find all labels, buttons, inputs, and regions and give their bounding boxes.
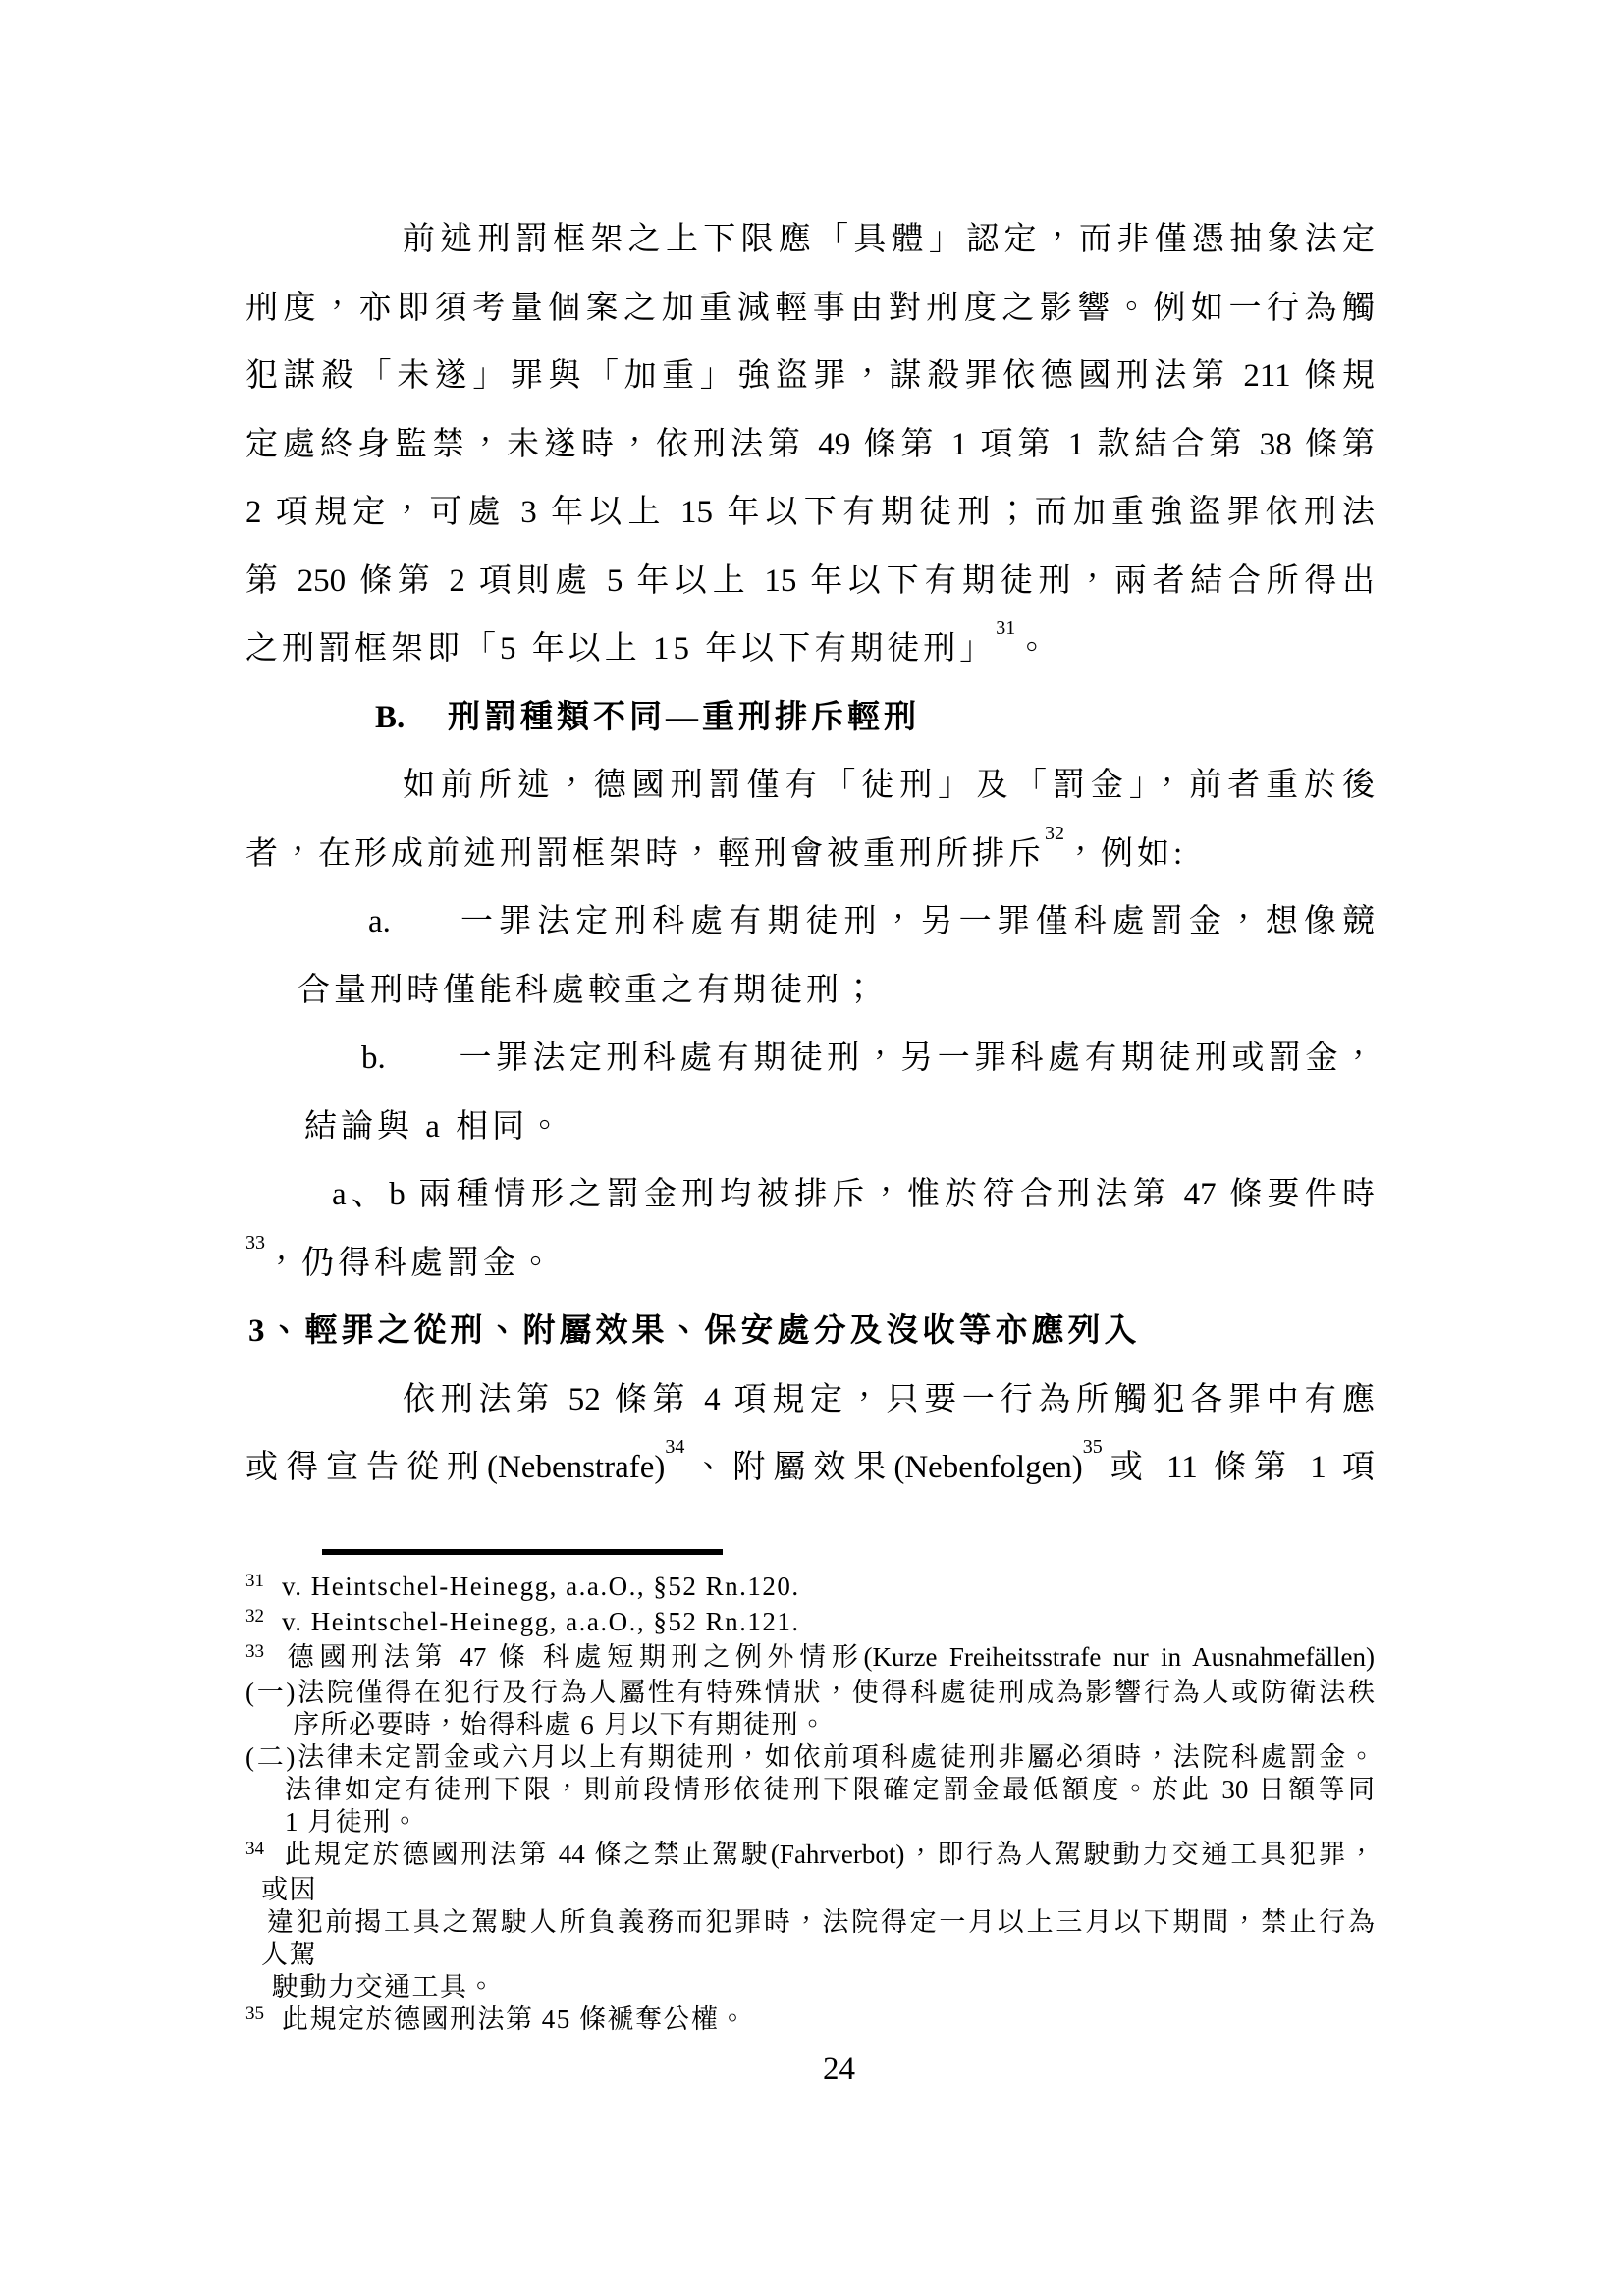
footnote-31: 31v. Heintschel-Heinegg, a.a.O., §52 Rn.…: [245, 1571, 1375, 1606]
footnote-separator: [322, 1549, 723, 1555]
body-line: 者，在形成前述刑罰框架時，輕刑會被重刑所排斥32，例如:: [245, 821, 1375, 889]
body-text-segment: 者，在形成前述刑罰框架時，輕刑會被重刑所排斥: [245, 836, 1045, 872]
footnote-33: 33德國刑法第 47 條 科處短期刑之例外情形(Kurze Freiheitss…: [245, 1641, 1375, 1677]
footnote-34-line: 或因: [245, 1874, 1375, 1906]
footnote-number: 31: [245, 1565, 282, 1597]
footnote-ref-32: 32: [1045, 823, 1064, 844]
body-line: 前述刑罰框架之上下限應「具體」認定，而非僅憑抽象法定: [245, 206, 1375, 275]
body-line: 33，仍得科處罰金。: [245, 1230, 1375, 1299]
body-text-segment: 之刑罰框架即「5 年以上 15 年以下有期徒刑」: [245, 631, 996, 667]
list-item-a-continuation: 合量刑時僅能科處較重之有期徒刑；: [245, 957, 1375, 1026]
list-item-a: a.一罪法定刑科處有期徒刑，另一罪僅科處罰金，想像競: [245, 888, 1375, 957]
body-line: 之刑罰框架即「5 年以上 15 年以下有期徒刑」31。: [245, 615, 1375, 684]
footnote-33-line: 1 月徒刑。: [245, 1806, 1375, 1839]
section-heading-b: B.刑罰種類不同—重刑排斥輕刑: [245, 684, 1375, 753]
body-line: 或得宣告從刑(Nebenstrafe)34、附屬效果(Nebenfolgen)3…: [245, 1434, 1375, 1503]
body-line: a、b 兩種情形之罰金刑均被排斥，惟於符合刑法第 47 條要件時: [245, 1161, 1375, 1230]
body-text-segment: 或得宣告從刑(Nebenstrafe): [245, 1450, 665, 1485]
footnote-33-line: 序所必要時，始得科處 6 月以下有期徒刑。: [245, 1709, 1375, 1741]
body-text-segment: 、附屬效果(Nebenfolgen): [684, 1450, 1082, 1485]
footnote-33-line: (二)法律未定罰金或六月以上有期徒刑，如依前項科處徒刑非屬必須時，法院科處罰金。: [245, 1741, 1375, 1774]
footnote-text: v. Heintschel-Heinegg, a.a.O., §52 Rn.12…: [282, 1607, 800, 1636]
footnote-text: 此規定於德國刑法第 45 條褫奪公權。: [282, 2004, 747, 2034]
footnote-ref-33: 33: [245, 1232, 265, 1254]
footnote-34-line: 違犯前揭工具之駕駛人所負義務而犯罪時，法院得定一月以上三月以下期間，禁止行為: [245, 1906, 1375, 1939]
page-number: 24: [823, 2052, 855, 2088]
footnote-32: 32v. Heintschel-Heinegg, a.a.O., §52 Rn.…: [245, 1606, 1375, 1641]
body-line: 2 項規定，可處 3 年以上 15 年以下有期徒刑；而加重強盜罪依刑法: [245, 479, 1375, 548]
footnotes: 31v. Heintschel-Heinegg, a.a.O., §52 Rn.…: [245, 1571, 1375, 2039]
list-item-b-marker: b.: [361, 1025, 455, 1094]
list-item-a-marker: a.: [368, 888, 455, 957]
body-text-segment: ，例如:: [1064, 836, 1186, 872]
body-text-segment: 。: [1015, 631, 1052, 667]
footnote-text: 德國刑法第 47 條 科處短期刑之例外情形(Kurze Freiheitsstr…: [282, 1642, 1375, 1672]
body-line: 犯謀殺「未遂」罪與「加重」強盜罪，謀殺罪依德國刑法第 211 條規: [245, 343, 1375, 411]
document-page: 前述刑罰框架之上下限應「具體」認定，而非僅憑抽象法定 刑度，亦即須考量個案之加重…: [0, 0, 1624, 2296]
body-line: 依刑法第 52 條第 4 項規定，只要一行為所觸犯各罪中有應: [245, 1366, 1375, 1435]
footnote-33-line: 法律如定有徒刑下限，則前段情形依徒刑下限確定罰金最低額度。於此 30 日額等同: [245, 1774, 1375, 1806]
body-text-segment: 或 11 條第 1 項: [1103, 1450, 1375, 1485]
section-heading-3: 3、輕罪之從刑、附屬效果、保安處分及沒收等亦應列入: [245, 1298, 1375, 1366]
footnote-33-line: (一)法院僅得在犯行及行為人屬性有特殊情狀，使得科處徒刑成為影響行為人或防衛法秩: [245, 1677, 1375, 1709]
body-text: 前述刑罰框架之上下限應「具體」認定，而非僅憑抽象法定 刑度，亦即須考量個案之加重…: [245, 206, 1375, 1503]
footnote-number: 34: [245, 1833, 282, 1865]
footnote-34-line: 駛動力交通工具。: [245, 1971, 1375, 2003]
footnote-number: 32: [245, 1600, 282, 1632]
footnote-ref-34: 34: [665, 1436, 684, 1458]
footnote-number: 35: [245, 1998, 282, 2030]
body-line: 如前所述，德國刑罰僅有「徒刑」及「罰金」，前者重於後: [245, 752, 1375, 821]
body-text-segment: ，仍得科處罰金。: [265, 1246, 556, 1281]
list-item-b: b.一罪法定刑科處有期徒刑，另一罪科處有期徒刑或罰金，: [245, 1025, 1375, 1094]
body-line: 刑度，亦即須考量個案之加重減輕事由對刑度之影響。例如一行為觸: [245, 275, 1375, 344]
footnote-number: 33: [245, 1635, 282, 1668]
footnote-ref-35: 35: [1083, 1436, 1103, 1458]
list-item-b-continuation: 結論與 a 相同。: [245, 1094, 1375, 1162]
footnote-text: v. Heintschel-Heinegg, a.a.O., §52 Rn.12…: [282, 1572, 800, 1601]
section-heading-b-label: B.: [375, 684, 448, 753]
list-item-b-text: 一罪法定刑科處有期徒刑，另一罪科處有期徒刑或罰金，: [455, 1041, 1375, 1076]
body-line: 第 250 條第 2 項則處 5 年以上 15 年以下有期徒刑，兩者結合所得出: [245, 548, 1375, 616]
body-line: 定處終身監禁，未遂時，依刑法第 49 條第 1 項第 1 款結合第 38 條第: [245, 411, 1375, 480]
footnote-34-line: 人駕: [245, 1939, 1375, 1971]
list-item-a-text: 一罪法定刑科處有期徒刑，另一罪僅科處罰金，想像競: [455, 904, 1375, 939]
footnote-34: 34此規定於德國刑法第 44 條之禁止駕駛(Fahrverbot)，即行為人駕駛…: [245, 1839, 1375, 1874]
footnote-ref-31: 31: [996, 617, 1015, 639]
section-heading-b-title: 刑罰種類不同—重刑排斥輕刑: [448, 700, 920, 735]
footnote-35: 35此規定於德國刑法第 45 條褫奪公權。: [245, 2003, 1375, 2039]
footnote-text: 此規定於德國刑法第 44 條之禁止駕駛(Fahrverbot)，即行為人駕駛動力…: [282, 1840, 1375, 1869]
